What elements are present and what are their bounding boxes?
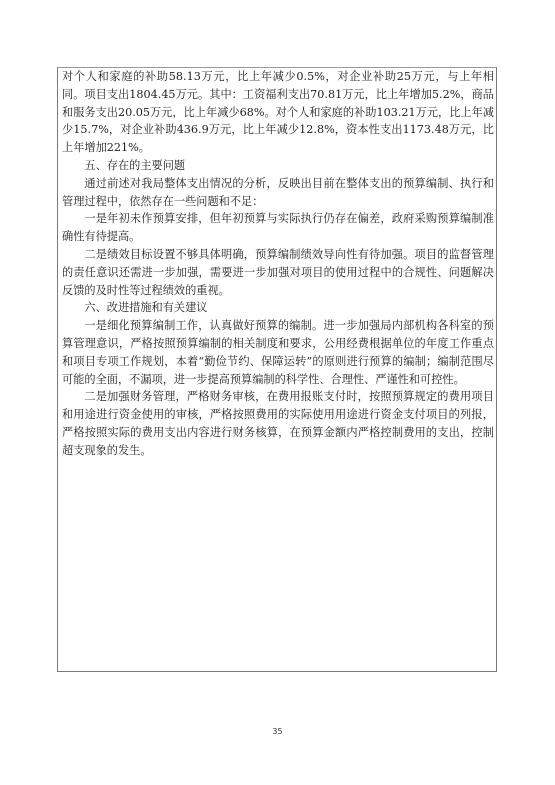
paragraph-problem-1: 一是年初未作预算安排，但年初预算与实际执行仍存在偏差，政府采购预算编制准确性有待… [62,210,494,246]
paragraph-problem-2: 二是绩效目标设置不够具体明确，预算编制绩效导向性有待加强。项目的监督管理的责任意… [62,246,494,299]
paragraph-expenditure-details: 对个人和家庭的补助58.13万元，比上年减少0.5%，对企业补助25万元，与上年… [62,68,494,157]
paragraph-improvement-2: 二是加强财务管理，严格财务审核，在费用报账支付时，按照预算规定的费用项目和用途进… [62,388,494,459]
section-heading-problems: 五、存在的主要问题 [62,157,494,175]
paragraph-problems-intro: 通过前述对我局整体支出情况的分析，反映出目前在整体支出的预算编制、执行和管理过程… [62,175,494,211]
page-number: 35 [0,727,555,736]
paragraph-improvement-1: 一是细化预算编制工作，认真做好预算的编制。进一步加强局内部机构各科室的预算管理意… [62,317,494,388]
section-heading-improvements: 六、改进措施和有关建议 [62,299,494,317]
document-body: 对个人和家庭的补助58.13万元，比上年减少0.5%，对企业补助25万元，与上年… [62,68,494,460]
